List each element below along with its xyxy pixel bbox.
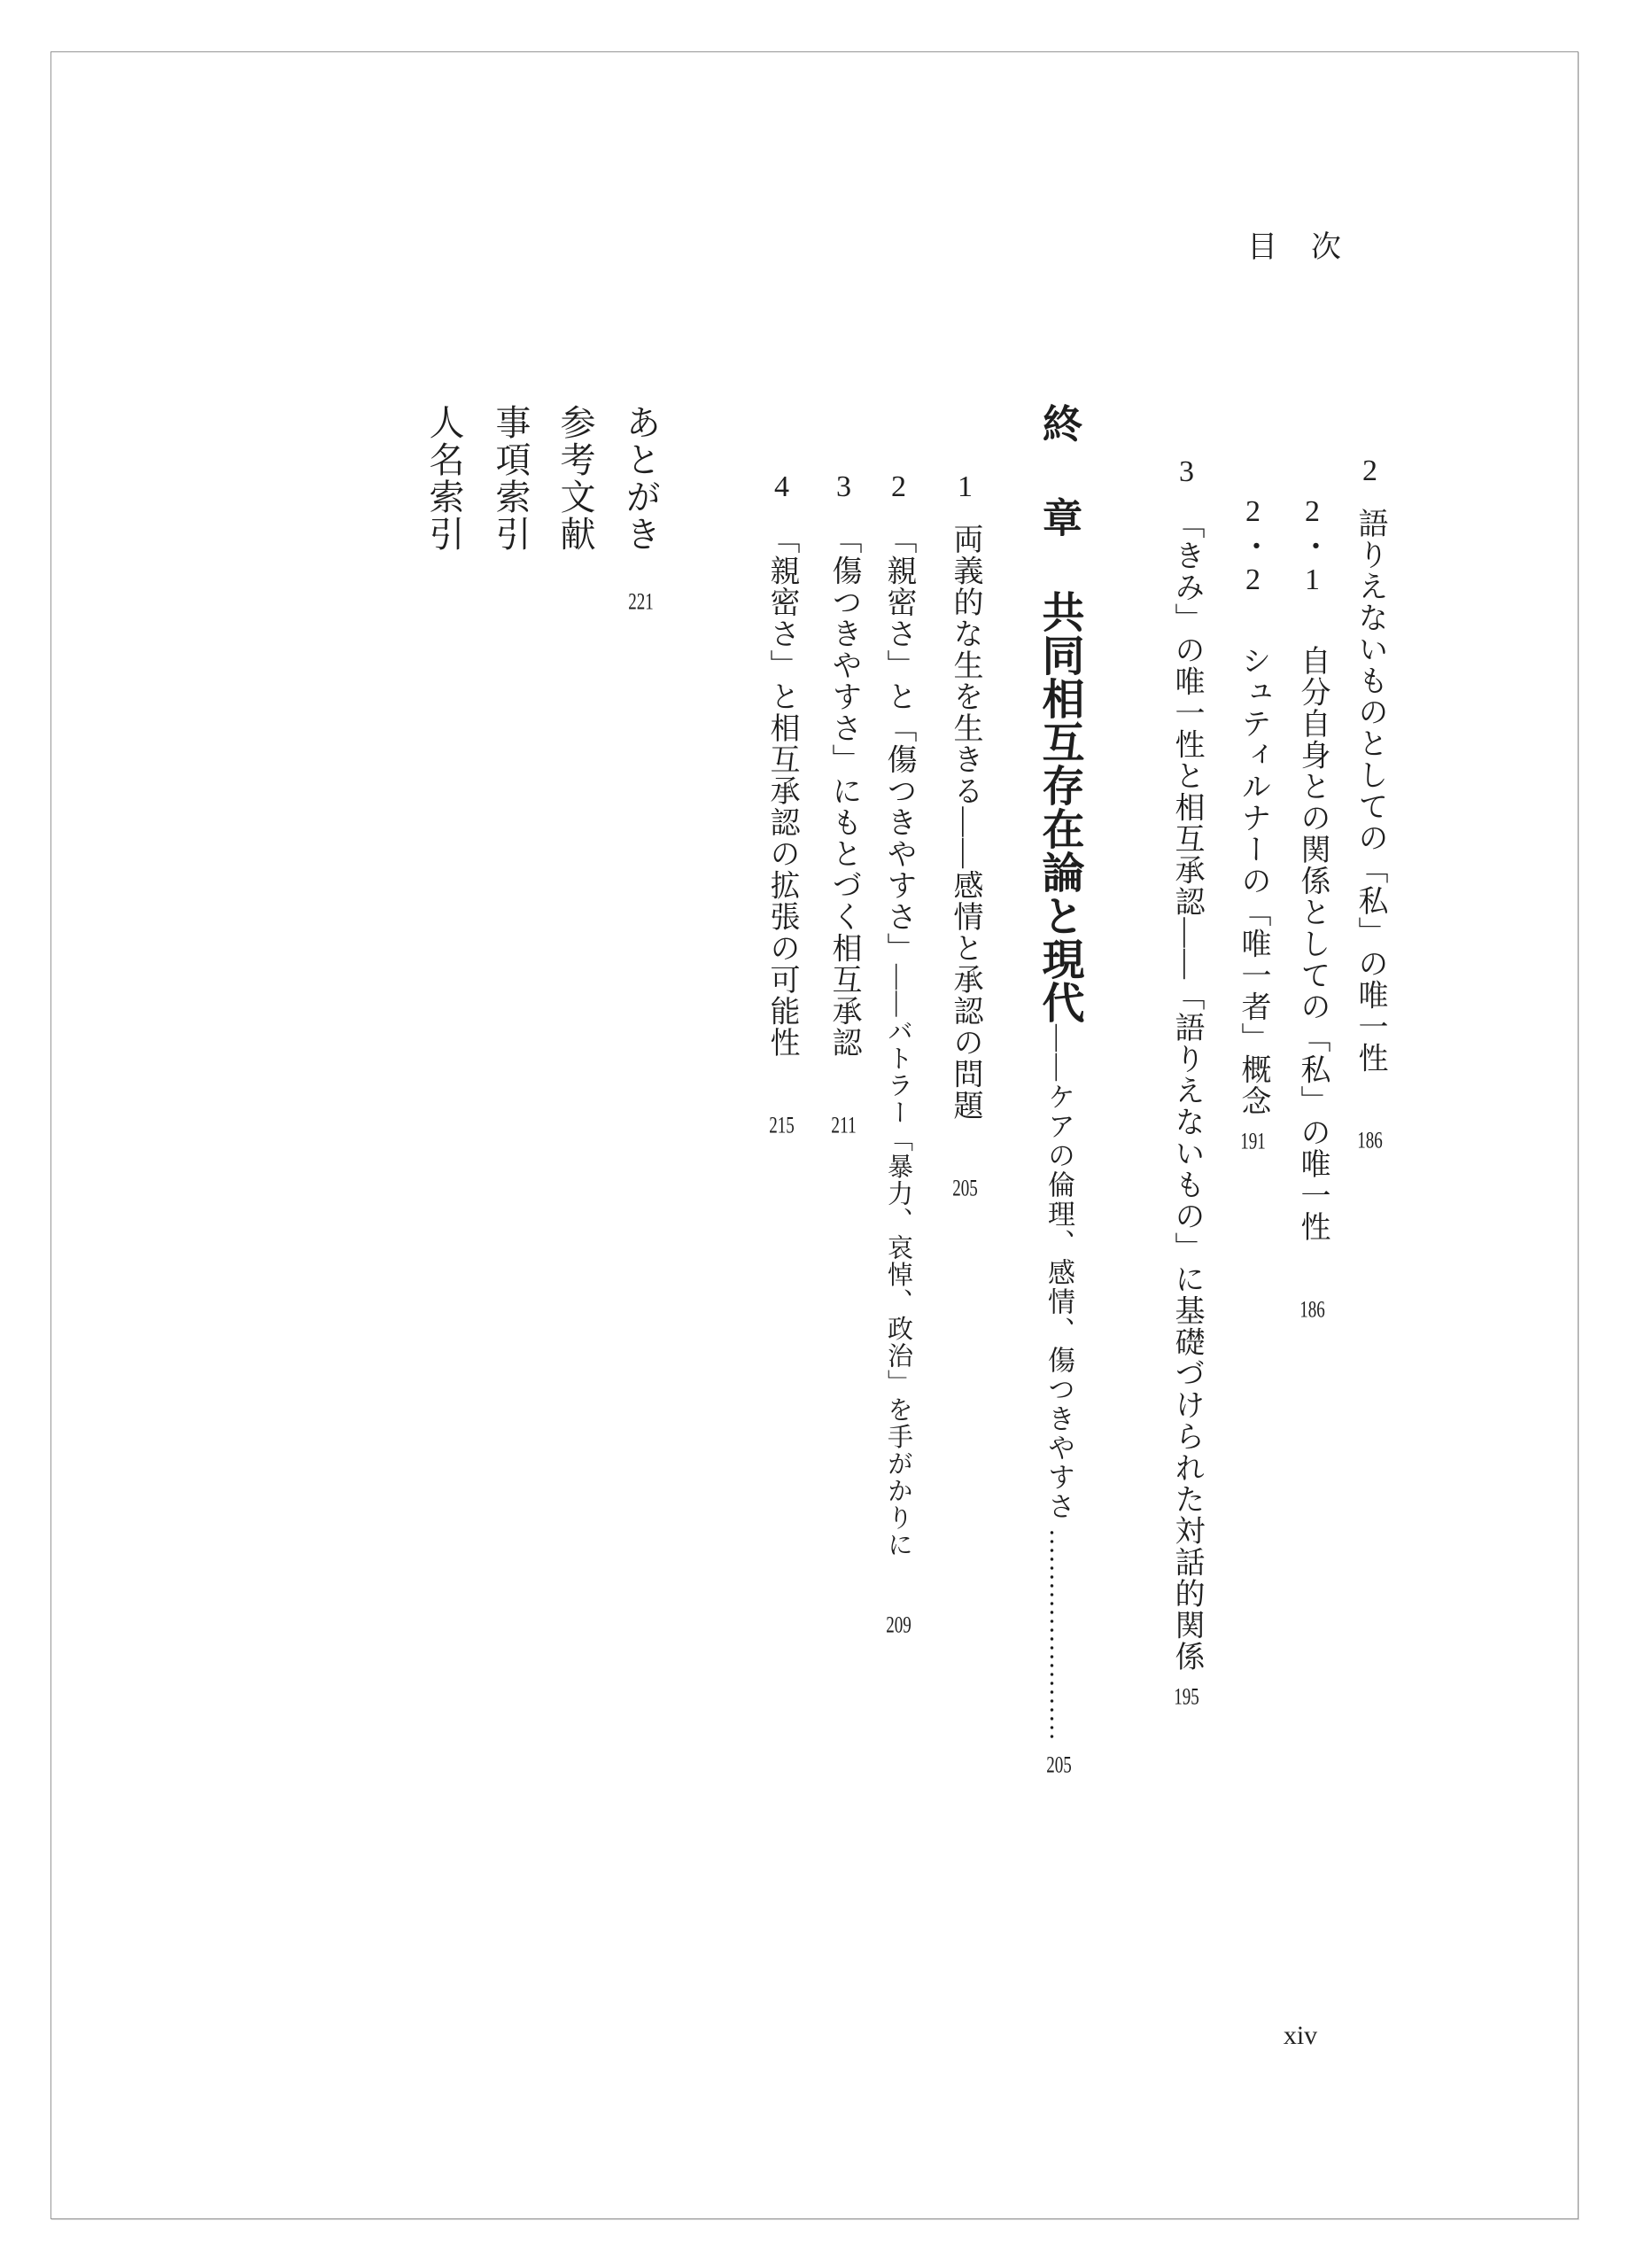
chapter-subtitle: ――ケアの倫理、感情、傷つきやすさ <box>1043 1024 1074 1521</box>
entry-page: 221 <box>628 590 654 613</box>
toc-entry-final-4: 4「親密さ」と相互承認の拡張の可能性215 <box>766 470 796 1137</box>
entry-page: 205 <box>952 1177 978 1200</box>
entry-text: シュティルナーの「唯一者」概念 <box>1237 645 1269 1117</box>
toc-entry-bibliography: 参考文献 <box>557 404 593 553</box>
entry-number: 2・2 <box>1237 495 1269 599</box>
entry-page: 191 <box>1240 1130 1266 1153</box>
entry-text-sub: ――バトラー「暴力、哀悼、政治」を手がかりに <box>884 964 912 1558</box>
entry-page: 215 <box>769 1114 795 1137</box>
entry-number: 3 <box>827 470 860 506</box>
chapter-page: 205 <box>1046 1753 1072 1776</box>
entry-text: 「傷つきやすさ」にもとづく相互承認 <box>827 524 860 1059</box>
entry-text: 「親密さ」と相互承認の拡張の可能性 <box>765 524 798 1059</box>
toc-entry-sec3: 3「きみ」の唯一性と相互承認――「語りえないもの」に基礎づけられた対話的関係19… <box>1171 455 1201 1708</box>
toc-entry-sec2: 2語りえないものとしての「私」の唯一性186 <box>1354 454 1385 1152</box>
entry-text: あとがき <box>621 404 661 553</box>
entry-text: 「親密さ」と「傷つきやすさ」 <box>882 524 915 964</box>
entry-page: 186 <box>1299 1298 1325 1321</box>
entry-text: 参考文献 <box>555 404 595 553</box>
entry-text: 「きみ」の唯一性と相互承認――「語りえないもの」に基礎づけられた対話的関係 <box>1170 509 1203 1673</box>
entry-text: 語りえないものとしての「私」の唯一性 <box>1354 508 1386 1074</box>
toc-entry-name-index: 人名索引 <box>426 404 462 553</box>
entry-text: 両義的な生を生きる――感情と承認の問題 <box>949 524 981 1122</box>
toc-entry-sec2-2: 2・2シュティルナーの「唯一者」概念191 <box>1237 495 1268 1153</box>
entry-text: 自分自身との関係としての「私」の唯一性 <box>1296 645 1329 1243</box>
toc-entry-sec2-1: 2・1自分自身との関係としての「私」の唯一性186 <box>1297 495 1327 1321</box>
entry-number: 4 <box>765 470 798 506</box>
entry-page: 209 <box>886 1613 911 1636</box>
toc-entry-final-chapter: 終 章共同相互存在論と現代――ケアの倫理、感情、傷つきやすさ……………………20… <box>1037 403 1080 1776</box>
page-folio: xiv <box>1269 2021 1331 2051</box>
entry-page: 186 <box>1357 1129 1383 1152</box>
entry-page: 211 <box>831 1114 857 1137</box>
entry-text: 事項索引 <box>491 404 531 553</box>
entry-number: 1 <box>949 470 981 506</box>
toc-entry-subject-index: 事項索引 <box>493 404 528 553</box>
toc-entry-final-2: 2「親密さ」と「傷つきやすさ」――バトラー「暴力、哀悼、政治」を手がかりに209 <box>883 470 913 1636</box>
entry-number: 2 <box>882 470 915 506</box>
chapter-title: 共同相互存在論と現代 <box>1036 590 1082 1024</box>
entry-number: 3 <box>1170 455 1203 491</box>
entry-page: 195 <box>1174 1685 1199 1708</box>
dot-leader: …………………… <box>1044 1528 1074 1741</box>
chapter-label: 終 章 <box>1036 403 1081 544</box>
toc-title: 目 次 <box>1247 222 1343 266</box>
book-page: 目 次 2語りえないものとしての「私」の唯一性186 2・1自分自身との関係とし… <box>50 51 1579 2219</box>
toc-entry-afterword: あとがき221 <box>623 404 658 613</box>
toc-entry-final-1: 1両義的な生を生きる――感情と承認の問題205 <box>950 470 980 1200</box>
toc-entry-final-3: 3「傷つきやすさ」にもとづく相互承認211 <box>828 470 858 1137</box>
entry-text: 人名索引 <box>424 404 464 553</box>
entry-number: 2・1 <box>1296 495 1329 599</box>
entry-number: 2 <box>1354 454 1386 490</box>
